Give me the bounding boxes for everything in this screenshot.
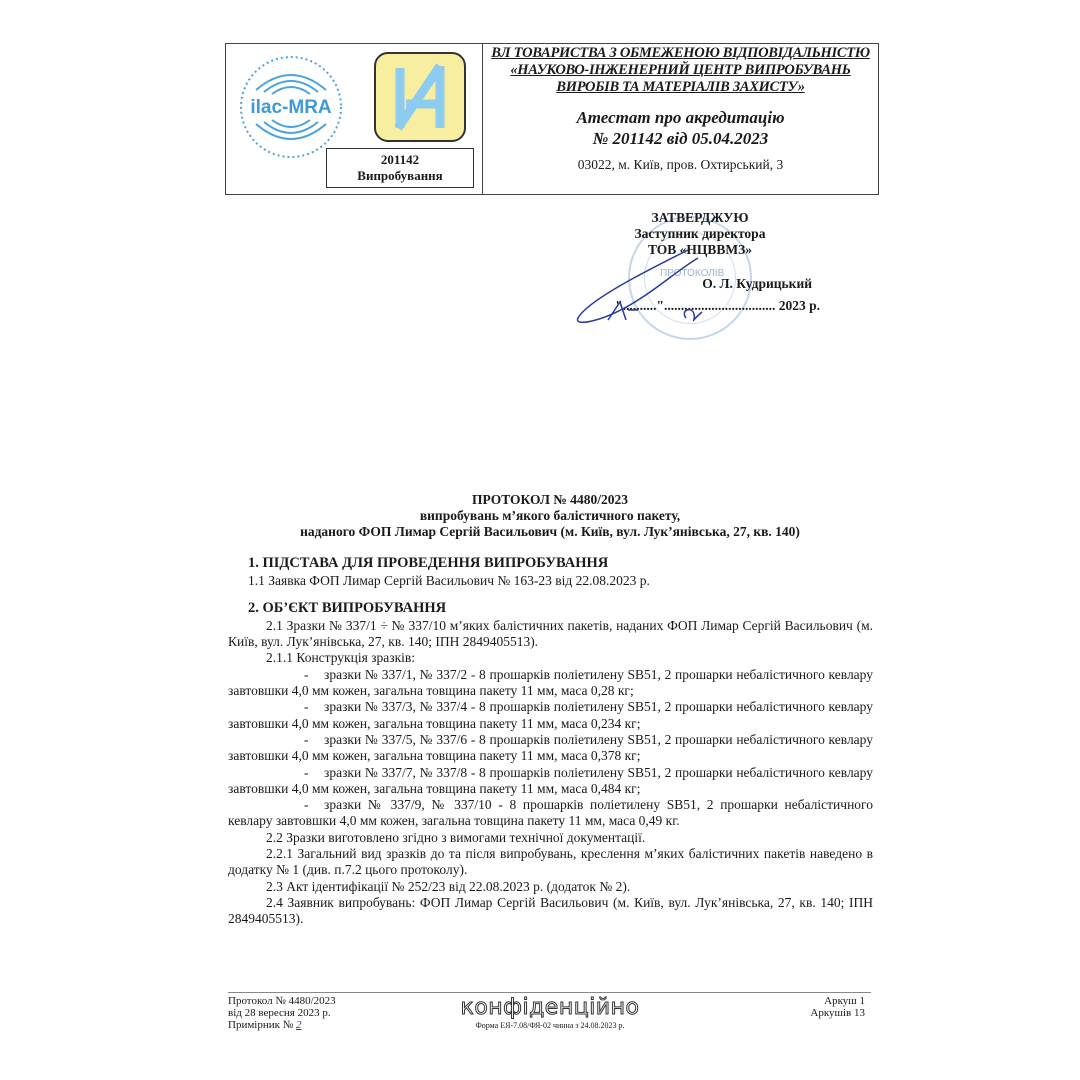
header-box: ilac-MRA 201142 Випробування ВЛ ТОВАРИСТ… (225, 43, 879, 195)
section-2-3: 2.3 Акт ідентифікації № 252/23 від 22.08… (228, 879, 873, 895)
section-2-2: 2.2 Зразки виготовлено згідно з вимогами… (228, 830, 873, 846)
protocol-number: ПРОТОКОЛ № 4480/2023 (220, 492, 880, 508)
section-2-4: 2.4 Заявник випробувань: ФОП Лимар Сергі… (228, 895, 873, 928)
footer-center: конфіденційно Форма ЕЯ-7.08/ФЯ-02 чинна … (450, 995, 650, 1030)
header-logos: ilac-MRA 201142 Випробування (226, 44, 483, 194)
svg-text:ilac-MRA: ilac-MRA (250, 97, 332, 118)
section-1-title: 1. ПІДСТАВА ДЛЯ ПРОВЕДЕННЯ ВИПРОБУВАННЯ (248, 555, 873, 571)
section-1-1: 1.1 Заявка ФОП Лимар Сергій Васильович №… (228, 573, 873, 589)
protocol-body: 1. ПІДСТАВА ДЛЯ ПРОВЕДЕННЯ ВИПРОБУВАННЯ … (228, 555, 873, 928)
sample-item: -зразки № 337/9, № 337/10 - 8 прошарків … (228, 797, 873, 830)
protocol-title-block: ПРОТОКОЛ № 4480/2023 випробувань м’якого… (220, 492, 880, 540)
nau-logo-icon (374, 52, 466, 142)
accreditation-number: 201142 (327, 152, 473, 168)
confidential-mark: конфіденційно (450, 995, 650, 1021)
sheets-total: Аркушів 13 (810, 1007, 865, 1019)
sample-item: -зразки № 337/5, № 337/6 - 8 прошарків п… (228, 732, 873, 765)
section-2-1-1: 2.1.1 Конструкція зразків: (228, 650, 873, 666)
form-code: Форма ЕЯ-7.08/ФЯ-02 чинна з 24.08.2023 р… (450, 1021, 650, 1030)
accreditation-certificate: Атестат про акредитацію № 201142 від 05.… (483, 107, 878, 149)
section-2-2-1: 2.2.1 Загальний вид зразків до та після … (228, 846, 873, 879)
approval-title: ЗАТВЕРДЖУЮ (580, 210, 820, 226)
copy-number-handwritten: 2 (296, 1019, 302, 1031)
protocol-subtitle: випробувань м’якого балістичного пакету, (220, 508, 880, 524)
accreditation-label: Випробування (327, 168, 473, 184)
sheet-number: Аркуш 1 (810, 995, 865, 1007)
section-2-title: 2. ОБ’ЄКТ ВИПРОБУВАННЯ (248, 600, 873, 616)
sample-item: -зразки № 337/7, № 337/8 - 8 прошарків п… (228, 765, 873, 798)
organization-address: 03022, м. Київ, пров. Охтирський, 3 (483, 157, 878, 173)
footer-protocol-info: Протокол № 4480/2023 від 28 вересня 2023… (228, 995, 336, 1031)
document-page: ilac-MRA 201142 Випробування ВЛ ТОВАРИСТ… (0, 0, 1080, 1080)
organization-name: ВЛ ТОВАРИСТВА З ОБМЕЖЕНОЮ ВІДПОВІДАЛЬНІС… (483, 45, 878, 96)
sample-item: -зразки № 337/3, № 337/4 - 8 прошарків п… (228, 699, 873, 732)
protocol-provided-by: наданого ФОП Лимар Сергій Васильович (м.… (220, 524, 880, 540)
accreditation-number-box: 201142 Випробування (326, 148, 474, 188)
sample-item: -зразки № 337/1, № 337/2 - 8 прошарків п… (228, 667, 873, 700)
footer-sheet-info: Аркуш 1 Аркушів 13 (810, 995, 865, 1019)
header-org-info: ВЛ ТОВАРИСТВА З ОБМЕЖЕНОЮ ВІДПОВІДАЛЬНІС… (483, 44, 878, 194)
signature-icon (568, 240, 718, 330)
ilac-mra-logo-icon: ilac-MRA (236, 52, 346, 162)
section-2-1: 2.1 Зразки № 337/1 ÷ № 337/10 м’яких бал… (228, 618, 873, 651)
footer-divider (228, 992, 871, 993)
